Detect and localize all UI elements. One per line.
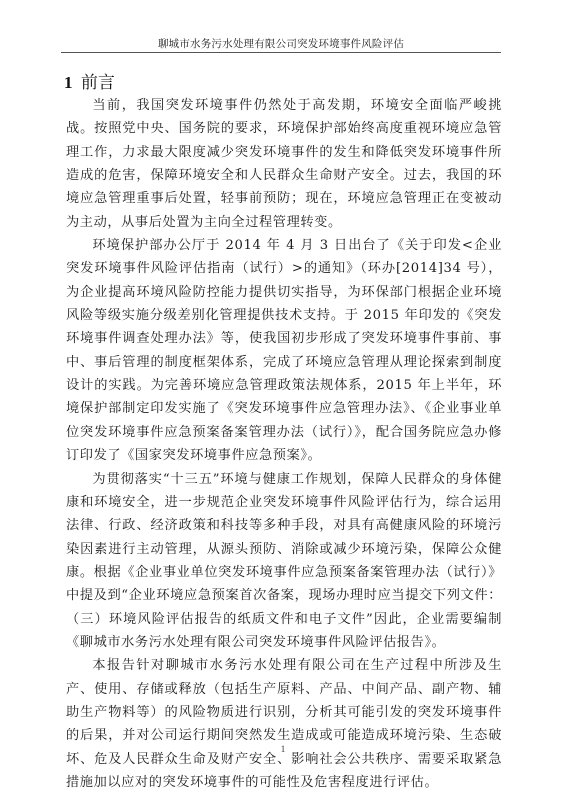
paragraph-scope: 本报告针对聊城市水务污水处理有限公司在生产过程中所涉及生产、使用、存储或释放（包… bbox=[66, 654, 502, 794]
paragraph-intro: 当前，我国突发环境事件仍然处于高发期，环境安全面临严峻挑战。按照党中央、国务院的… bbox=[66, 94, 502, 234]
section-number: 1 bbox=[64, 73, 73, 92]
page-number: 1 bbox=[0, 744, 566, 754]
paragraph-purpose: 为贯彻落实“十三五”环境与健康工作规划，保障人民群众的身体健康和环境安全，进一步… bbox=[66, 468, 502, 655]
paragraph-policy-history: 环境保护部办公厅于 2014 年 4 月 3 日出台了《关于印发<企业突发环境事… bbox=[66, 234, 502, 467]
section-heading: 1 前言 bbox=[64, 72, 115, 94]
body-text: 当前，我国突发环境事件仍然处于高发期，环境安全面临严峻挑战。按照党中央、国务院的… bbox=[66, 94, 502, 794]
header-divider bbox=[61, 52, 501, 53]
running-header: 聊城市水务污水处理有限公司突发环境事件风险评估 bbox=[61, 38, 501, 51]
section-title-text: 前言 bbox=[81, 73, 115, 93]
